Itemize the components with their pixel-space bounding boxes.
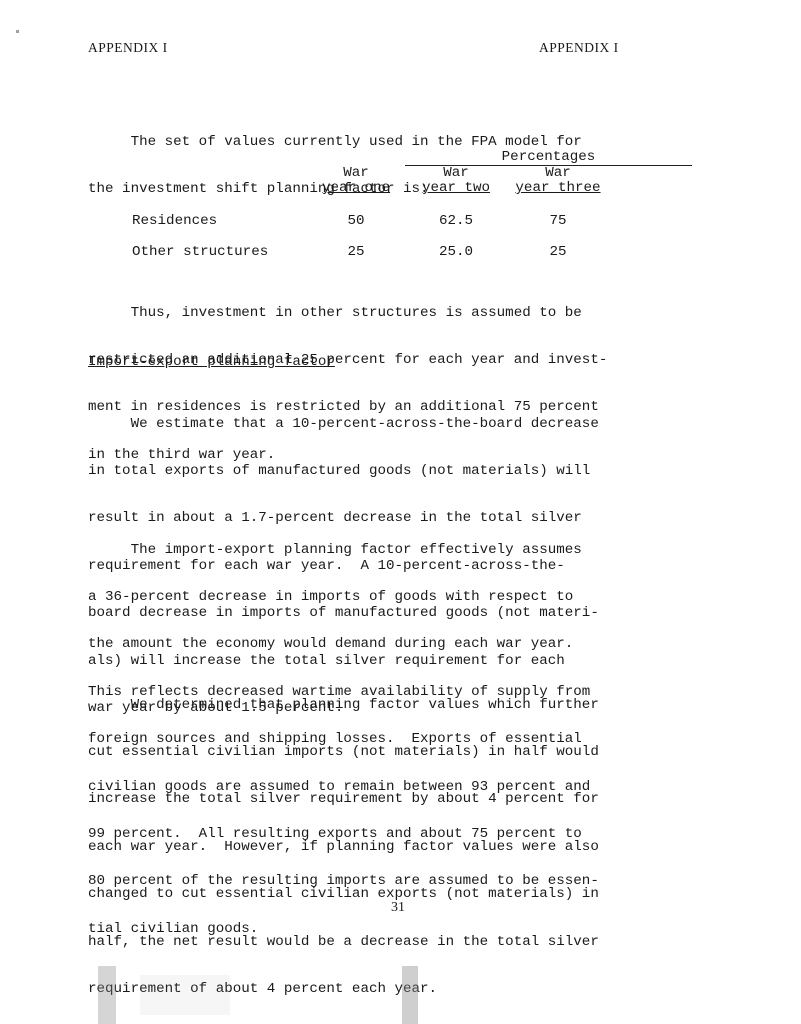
column-header-line: War bbox=[416, 166, 496, 181]
text-line: changed to cut essential civilian export… bbox=[88, 887, 668, 903]
table-cell: 75 bbox=[518, 213, 598, 229]
column-header-year-three: War year three bbox=[508, 166, 608, 196]
table-cell: 25 bbox=[316, 244, 396, 260]
text-line: cut essential civilian imports (not mate… bbox=[88, 745, 668, 761]
column-header-line: War bbox=[316, 166, 396, 181]
column-header-line: year two bbox=[416, 181, 496, 196]
text-line: each war year. However, if planning fact… bbox=[88, 840, 668, 856]
text-line: We determined that planning factor value… bbox=[88, 698, 668, 714]
column-header-line: year three bbox=[508, 181, 608, 196]
text-line: increase the total silver requirement by… bbox=[88, 792, 668, 808]
table-cell: 62.5 bbox=[416, 213, 496, 229]
table-group-header: Percentages bbox=[405, 150, 692, 166]
page-number: 31 bbox=[391, 900, 405, 916]
row-label: Residences bbox=[132, 213, 217, 229]
text-line: a 36-percent decrease in imports of good… bbox=[88, 590, 668, 606]
text-line: in total exports of manufactured goods (… bbox=[88, 464, 668, 480]
text-line: half, the net result would be a decrease… bbox=[88, 935, 668, 951]
text-line: The import-export planning factor effect… bbox=[88, 543, 668, 559]
scan-artifact bbox=[16, 30, 19, 33]
scan-artifact bbox=[140, 975, 230, 1015]
row-label: Other structures bbox=[132, 244, 268, 260]
text-line: the amount the economy would demand duri… bbox=[88, 637, 668, 653]
scan-artifact bbox=[402, 966, 418, 1024]
table-cell: 25.0 bbox=[416, 244, 496, 260]
text-line: We estimate that a 10-percent-across-the… bbox=[88, 417, 668, 433]
running-header-left: APPENDIX I bbox=[88, 40, 168, 56]
text-line: Thus, investment in other structures is … bbox=[88, 306, 668, 322]
running-header-right: APPENDIX I bbox=[539, 40, 619, 56]
column-header-line: year one bbox=[316, 181, 396, 196]
column-header-line: War bbox=[508, 166, 608, 181]
determined-paragraph: We determined that planning factor value… bbox=[88, 666, 668, 1014]
table-cell: 25 bbox=[518, 244, 598, 260]
table-cell: 50 bbox=[316, 213, 396, 229]
scan-artifact bbox=[98, 966, 116, 1024]
section-heading: Import-export planning factor bbox=[88, 354, 335, 370]
column-header-year-one: War year one bbox=[316, 166, 396, 196]
column-header-year-two: War year two bbox=[416, 166, 496, 196]
